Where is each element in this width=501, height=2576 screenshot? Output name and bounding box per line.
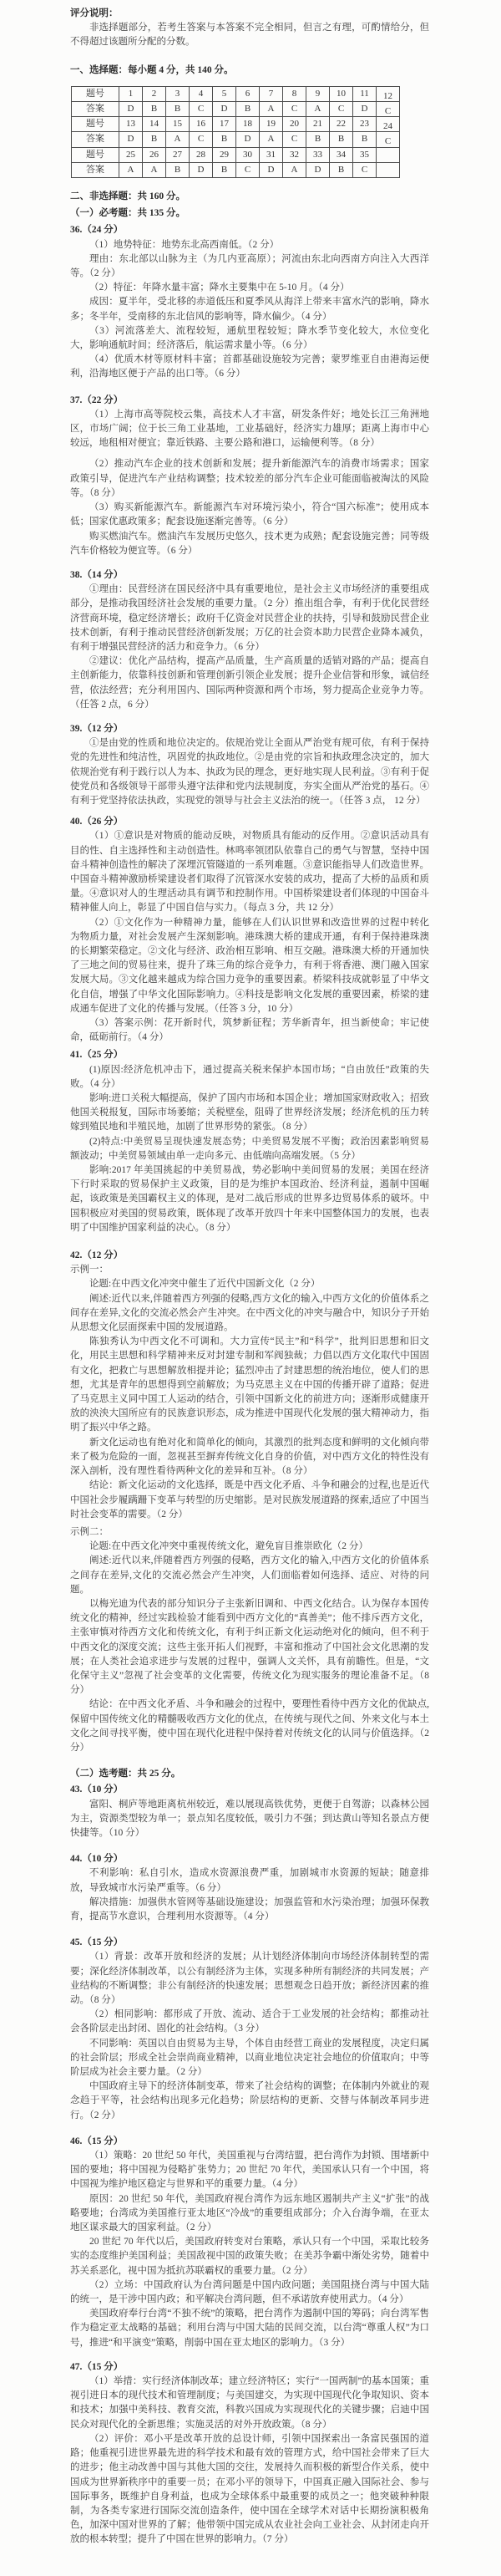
answer-letter-cell: D	[119, 132, 143, 147]
answer-paragraph: 富阳、桐庐等地距离杭州较近，难以展现高铁优势，更便于自驾游；以森林公园为主，资源…	[70, 1798, 429, 1841]
answer-paragraph: 中国政府主导下的经济体制变革，带来了社会结构的调整；在体制内外就业的观念趋于平等…	[70, 2080, 429, 2123]
question-number-cell: 7	[260, 86, 283, 101]
question-number-cell	[377, 147, 400, 162]
answer-paragraph: （2）①文化作为一种精神力量，能够在人们认识世界和改造世界的过程中转化为物质力量…	[70, 916, 429, 1016]
answer-paragraph: ①是由党的性质和地位决定的。依规治党让全面从严治党有规可依，有利于保持党的先进性…	[70, 736, 429, 808]
section-nonchoice-title: 二、非选择题：共 160 分。	[70, 190, 429, 204]
answer-letter-cell: A	[260, 102, 283, 117]
answer-paragraph: 解决措施：加强供水管网等基础设施建设；加强监管和水污染治理；加强环保教育，提高节…	[70, 1896, 429, 1924]
question-number-cell: 1	[119, 86, 143, 101]
answer-letter-cell: D	[119, 102, 143, 117]
question-number-cell: 11	[353, 86, 377, 101]
part-optional-title: （二）选考题：共 25 分。	[70, 1767, 429, 1781]
answer-paragraph: （3）答案示例：花开新时代，筑梦新征程；芳华新青年，担当新使命；牢记使命，砥砺前…	[70, 1016, 429, 1045]
example-1-label: 示例一：	[70, 1263, 429, 1277]
answer-letter-cell: B	[166, 162, 190, 177]
answer-paragraph: (2)特点:中美贸易呈现快速发展态势；中美贸易发展不平衡；政治因素影响贸易额波动…	[70, 1135, 429, 1163]
answer-letter-cell: A	[283, 162, 306, 177]
answer-paragraph: （1）上海市高等院校云集，高技术人才丰富，研发条件好；地处长江三角洲地区，市场广…	[70, 408, 429, 451]
question-number-cell: 33	[306, 147, 330, 162]
answer-table-row: 答案AABDBCDADBC	[72, 162, 400, 177]
answer-letter-cell: A	[306, 102, 330, 117]
answer-table-row: 题号131415161718192021222324	[72, 117, 400, 132]
answer-letter-cell: B	[353, 132, 377, 147]
answer-letter-cell: D	[236, 132, 260, 147]
question-number-cell: 22	[330, 117, 353, 132]
answer-paragraph: 论题:在中西文化冲突中催生了近代中国新文化（2 分）	[70, 1277, 429, 1291]
part-required-title: （一）必考题：共 135 分。	[70, 206, 429, 221]
answer-letter-cell: B	[166, 102, 190, 117]
answer-paragraph: 影响:进口关税大幅提高，保护了国内市场和本国企业；增加国家财政收入；招致他国关税…	[70, 1092, 429, 1135]
answer-letter-cell: C	[353, 162, 377, 177]
answer-paragraph: 阐述:近代以来,伴随着西方列强的侵略,西方文化的输入,中西方文化的价值体系之间存…	[70, 1292, 429, 1336]
question-number-cell: 26	[143, 147, 166, 162]
answer-paragraph: 结论：在中西文化矛盾、斗争和融会的过程中，要理性看待中西方文化的优缺点,保留中国…	[70, 1698, 429, 1755]
answer-letter-cell: B	[143, 132, 166, 147]
answer-paragraph: 结论：新文化运动的文化选择，既是中西文化矛盾、斗争和融会的过程,也是近代中国社会…	[70, 1479, 429, 1522]
answer-paragraph: （2）相同影响：都形成了开放、流动、适合于工业发展的社会结构；都推动社会各阶层走…	[70, 2008, 429, 2036]
question-number-cell: 5	[213, 86, 236, 101]
question-number-cell: 6	[236, 86, 260, 101]
question-number-cell: 28	[190, 147, 213, 162]
scoring-note: 非选择题部分，若考生答案与本答案不完全相同，但言之有理，可酌情给分，但不得超过该…	[70, 21, 429, 49]
answer-letter-cell: C	[190, 132, 213, 147]
row-label-cell: 题号	[72, 147, 119, 162]
answer-letter-cell: D	[260, 162, 283, 177]
answer-letter-cell: D	[190, 162, 213, 177]
answer-letter-cell: D	[353, 102, 377, 117]
question-number-cell: 18	[236, 117, 260, 132]
answer-paragraph: ②建议：优化产品结构，提高产品质量，生产高质量的适销对路的产品；提高自主创新能力…	[70, 654, 429, 712]
answer-paragraph: 不同影响：英国以自由贸易为主导，个体自由经营工商业的发展程度，决定归属的社会阶层…	[70, 2037, 429, 2080]
question-43-heading: 43.（10 分）	[70, 1783, 429, 1797]
question-number-cell: 3	[166, 86, 190, 101]
answer-paragraph: 影响:2017 年美国挑起的中美贸易战，势必影响中美间贸易的发展；美国在经济下行…	[70, 1163, 429, 1235]
document-body: 评分说明：非选择题部分，若考生答案与本答案不完全相同，但言之有理，可酌情给分，但…	[70, 7, 429, 2548]
answer-paragraph: （2）立场：中国政府认为台湾问题是中国内政问题；美国阻挠台湾与中国大陆的统一，是…	[70, 2278, 429, 2307]
answer-letter-cell: B	[330, 162, 353, 177]
question-number-cell: 35	[353, 147, 377, 162]
answer-paragraph: （1）地势特征：地势东北高西南低。（2 分）	[70, 238, 429, 252]
answer-table-row: 题号123456789101112	[72, 86, 400, 101]
question-42-heading: 42.（12 分）	[70, 1249, 429, 1263]
answer-paragraph: （1）策略：20 世纪 50 年代，美国重视与台湾结盟，把台湾作为封锁、围堵新中…	[70, 2149, 429, 2192]
row-label-cell: 题号	[72, 86, 119, 101]
section-choice-title: 一、选择题：每小题 4 分，共 140 分。	[70, 64, 429, 78]
question-number-cell: 17	[213, 117, 236, 132]
answer-paragraph: （1）举措：实行经济体制改革；建立经济特区；实行“一国两制”的基本国策；重视引进…	[70, 2375, 429, 2432]
answer-table-row: 答案DBACBDACBBBC	[72, 132, 400, 147]
question-number-cell: 25	[119, 147, 143, 162]
answer-paragraph: 美国政府奉行台湾“不独不统”的策略，把台湾作为遏制中国的筹码；向台湾军售作为稳定…	[70, 2307, 429, 2350]
answer-paragraph: 新文化运动也有绝对化和简单化的倾向，其激烈的批判态度和鲜明的文化倾向带来了极为危…	[70, 1436, 429, 1479]
answer-letter-cell: D	[213, 102, 236, 117]
answer-letter-cell: C	[377, 102, 400, 117]
question-39-heading: 39.（12 分）	[70, 722, 429, 736]
answer-letter-cell: B	[306, 132, 330, 147]
answer-letter-cell: B	[330, 132, 353, 147]
answer-paragraph: 购买燃油汽车。燃油汽车发展历史悠久，技术更为成熟；配套设施完善；同等级汽车价格较…	[70, 530, 429, 558]
answer-paragraph: 成因：夏半年，受北移的赤道低压和夏季风从海洋上带来丰富水汽的影响，降水多；冬半年…	[70, 295, 429, 323]
answer-letter-cell: B	[213, 132, 236, 147]
answer-letter-cell: A	[260, 132, 283, 147]
answer-letter-cell: A	[166, 132, 190, 147]
question-38-heading: 38.（14 分）	[70, 568, 429, 583]
question-number-cell: 16	[190, 117, 213, 132]
row-label-cell: 答案	[72, 162, 119, 177]
question-number-cell: 13	[119, 117, 143, 132]
question-number-cell: 24	[377, 117, 400, 132]
answer-letter-cell: D	[306, 162, 330, 177]
answer-paragraph: （4）优质木材等原材料丰富；首都基础设施较为完善；蒙罗维亚自由港海运便利，沿海地…	[70, 353, 429, 381]
answer-letter-cell: B	[143, 102, 166, 117]
question-number-cell: 12	[377, 86, 400, 101]
question-number-cell: 34	[330, 147, 353, 162]
answer-letter-cell: C	[283, 102, 306, 117]
question-number-cell: 9	[306, 86, 330, 101]
row-label-cell: 答案	[72, 132, 119, 147]
answer-letter-cell	[377, 162, 400, 177]
answer-letter-cell: A	[143, 162, 166, 177]
example-2-label: 示例二：	[70, 1525, 429, 1540]
question-47-heading: 47.（15 分）	[70, 2360, 429, 2375]
question-number-cell: 32	[283, 147, 306, 162]
answer-paragraph: （1）背景：改革开放和经济的发展；从计划经济体制向市场经济体制转型的需要；深化经…	[70, 1950, 429, 2008]
answer-paragraph: （3）河流落差大、流程较短，通航里程较短；降水季节变化较大，水位变化大，影响通航…	[70, 324, 429, 353]
answer-paragraph: （2）推动汽车企业的技术创新和发展；提升新能源汽车的消费市场需求；国家政策引导，…	[70, 457, 429, 501]
answer-paragraph: 以梅光迪为代表的部分知识分子主张新旧调和、中西文化结合。认为保存本国传统文化的精…	[70, 1597, 429, 1698]
question-41-heading: 41.（25 分）	[70, 1048, 429, 1062]
answer-letter-cell: B	[213, 162, 236, 177]
question-44-heading: 44.（10 分）	[70, 1852, 429, 1866]
answer-paragraph: 陈独秀认为中西文化不可调和。大力宣传“民主”和“科学”，批判旧思想和旧文化，用民…	[70, 1335, 429, 1435]
question-number-cell: 14	[143, 117, 166, 132]
question-number-cell: 20	[283, 117, 306, 132]
answer-paragraph: ①理由：民营经济在国民经济中具有重要地位，是社会主义市场经济的重要组成部分，是推…	[70, 583, 429, 654]
question-45-heading: 45.（15 分）	[70, 1936, 429, 1950]
answer-table-row: 题号2526272829303132333435	[72, 147, 400, 162]
answer-paragraph: 理由：东北部以山脉为主（为几内亚高原）；河流由东北向西南方向注入大西洋等。（2 …	[70, 252, 429, 281]
question-number-cell: 29	[213, 147, 236, 162]
answer-table-row: 答案DBBCDBACACDC	[72, 102, 400, 117]
question-number-cell: 31	[260, 147, 283, 162]
question-40-heading: 40.（26 分）	[70, 815, 429, 829]
question-number-cell: 23	[353, 117, 377, 132]
question-number-cell: 2	[143, 86, 166, 101]
question-number-cell: 30	[236, 147, 260, 162]
answer-paragraph: 论题:在中西文化冲突中重视传统文化，避免盲目推崇欧化（2 分）	[70, 1540, 429, 1554]
answer-letter-cell: A	[119, 162, 143, 177]
question-number-cell: 21	[306, 117, 330, 132]
answer-table: 题号123456789101112答案DBBCDBACACDC题号1314151…	[71, 86, 400, 178]
question-number-cell: 19	[260, 117, 283, 132]
answer-paragraph: 原因：20 世纪 50 年代，美国政府视台湾作为远东地区遏制共产主义“扩张”的战…	[70, 2192, 429, 2236]
row-label-cell: 答案	[72, 102, 119, 117]
answer-paragraph: （3）购买新能源汽车。新能源汽车对环境污染小，符合“国六标准”；使用成本低；国家…	[70, 501, 429, 529]
question-number-cell: 27	[166, 147, 190, 162]
scoring-title: 评分说明：	[70, 7, 429, 21]
answer-letter-cell: B	[236, 102, 260, 117]
answer-paragraph: 20 世纪 70 年代以后，美国政府转变对台策略，承认只有一个中国，采取比较务实…	[70, 2235, 429, 2278]
document-page: 评分说明：非选择题部分，若考生答案与本答案不完全相同，但言之有理，可酌情给分，但…	[0, 0, 501, 2576]
answer-paragraph: 不利影响：私自引水，造成水资源浪费严重，加剧城市水资源的短缺；随意排放，导致城市…	[70, 1866, 429, 1895]
answer-paragraph: （2）评价：邓小平是改革开放的总设计师，引领中国探索出一条富民强国的道路；他重视…	[70, 2432, 429, 2548]
answer-letter-cell: C	[377, 132, 400, 147]
question-number-cell: 8	[283, 86, 306, 101]
answer-paragraph: （1）①意识是对物质的能动反映，对物质具有能动的反作用。②意识活动具有目的性、自…	[70, 829, 429, 915]
question-number-cell: 4	[190, 86, 213, 101]
row-label-cell: 题号	[72, 117, 119, 132]
answer-paragraph: （2）特征：年降水量丰富；降水主要集中在 5-10 月。（4 分）	[70, 281, 429, 295]
question-number-cell: 10	[330, 86, 353, 101]
question-37-heading: 37.（22 分）	[70, 394, 429, 408]
answer-letter-cell: C	[283, 132, 306, 147]
answer-letter-cell: C	[236, 162, 260, 177]
answer-paragraph: 阐述:近代以来,伴随着西方列强的侵略，西方文化的输入,中西方文化的价值体系之间存…	[70, 1554, 429, 1597]
answer-paragraph: (1)原因:经济危机冲击下，通过提高关税来保护本国市场；“自由放任”政策的失败。…	[70, 1063, 429, 1092]
question-36-heading: 36.（24 分）	[70, 223, 429, 237]
answer-letter-cell: C	[330, 102, 353, 117]
answer-letter-cell: C	[190, 102, 213, 117]
question-46-heading: 46.（15 分）	[70, 2135, 429, 2149]
question-number-cell: 15	[166, 117, 190, 132]
